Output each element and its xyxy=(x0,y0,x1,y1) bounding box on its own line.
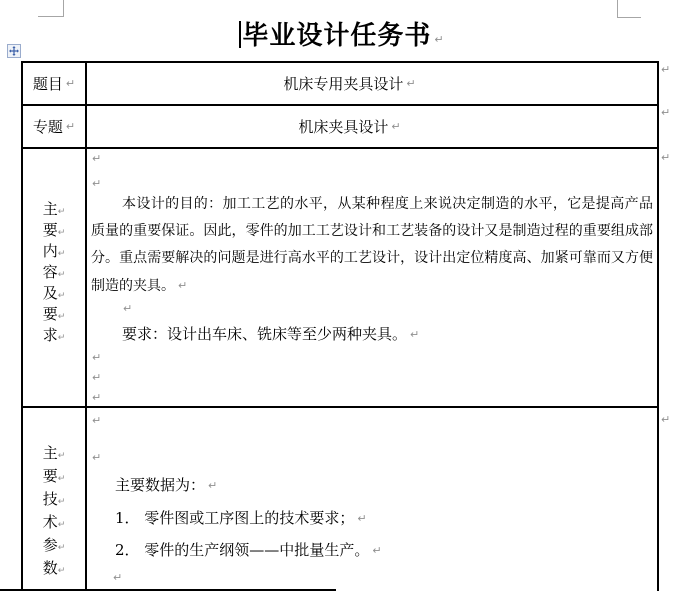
paragraph-mark: ↵ xyxy=(208,479,217,492)
row4-label-char: 数 xyxy=(43,559,58,577)
row4-label-cell[interactable]: 主↵ 要↵ 技↵ 术↵ 参↵ 数↵ xyxy=(23,408,87,590)
row3-label-char: 及 xyxy=(43,284,58,302)
table-row: 题目↵ 机床专用夹具设计↵ xyxy=(23,63,657,106)
row4-label-char: 术 xyxy=(43,513,58,531)
paragraph-mark: ↵ xyxy=(58,543,66,553)
row2-value-cell[interactable]: 机床夹具设计↵ xyxy=(87,106,657,147)
row1-label: 题目 xyxy=(33,73,63,94)
row2-label: 专题 xyxy=(33,116,63,137)
row3-label-char: 要 xyxy=(43,305,58,323)
paragraph-mark: ↵ xyxy=(66,120,75,133)
data-item-2[interactable]: 2． 零件的生产纲领——中批量生产。↵ xyxy=(115,539,382,560)
word-document-page: 毕业设计任务书↵ 题目↵ 机床专用夹具设计↵ xyxy=(0,0,673,591)
row1-value-cell[interactable]: 机床专用夹具设计↵ xyxy=(87,63,657,104)
paragraph-mark: ↵ xyxy=(92,371,101,384)
paragraph-mark: ↵ xyxy=(92,414,101,427)
table-row: 专题↵ 机床夹具设计↵ xyxy=(23,106,657,149)
paragraph-mark: ↵ xyxy=(58,312,66,322)
paragraph-mark: ↵ xyxy=(58,497,66,507)
data-intro-line[interactable]: 主要数据为：↵ xyxy=(115,474,217,495)
end-of-row-mark: ↵ xyxy=(661,63,670,76)
paragraph-mark: ↵ xyxy=(92,152,101,165)
paragraph-mark: ↵ xyxy=(92,177,101,190)
table-row: 主↵ 要↵ 内↵ 容↵ 及↵ 要↵ 求↵ ↵ ↵ 本设计的目的：加工工艺的水平，… xyxy=(23,149,657,408)
margin-crop-mark-left-vertical xyxy=(63,0,64,16)
row3-label-char: 要 xyxy=(43,221,58,239)
row1-label-cell[interactable]: 题目↵ xyxy=(23,63,87,104)
row3-label-char: 主 xyxy=(43,200,58,218)
paragraph-mark: ↵ xyxy=(123,302,132,315)
paragraph-mark: ↵ xyxy=(92,451,101,464)
paragraph-mark: ↵ xyxy=(92,391,101,404)
data-item-1[interactable]: 1． 零件图或工序图上的技术要求；↵ xyxy=(115,507,367,528)
paragraph-mark: ↵ xyxy=(66,77,75,90)
row3-label-char: 容 xyxy=(43,263,58,281)
row4-label-char: 要 xyxy=(43,467,58,485)
row4-label-char: 技 xyxy=(43,490,58,508)
paragraph-mark: ↵ xyxy=(58,249,66,259)
paragraph-mark: ↵ xyxy=(58,451,66,461)
paragraph-mark: ↵ xyxy=(372,544,381,557)
end-of-row-mark: ↵ xyxy=(661,106,670,119)
row3-label-cell[interactable]: 主↵ 要↵ 内↵ 容↵ 及↵ 要↵ 求↵ xyxy=(23,149,87,406)
paragraph-mark: ↵ xyxy=(406,77,415,90)
paragraph-mark: ↵ xyxy=(58,333,66,343)
end-of-row-mark: ↵ xyxy=(661,151,670,164)
table-row: 主↵ 要↵ 技↵ 术↵ 参↵ 数↵ ↵ ↵ 主要数据为：↵ 1． 零件图或工序图… xyxy=(23,408,657,590)
paragraph-mark: ↵ xyxy=(58,474,66,484)
row4-content-cell[interactable]: ↵ ↵ 主要数据为：↵ 1． 零件图或工序图上的技术要求；↵ 2． 零件的生产纲… xyxy=(87,408,657,590)
page-title: 毕业设计任务书 xyxy=(242,21,431,51)
table-move-handle[interactable] xyxy=(7,44,21,58)
move-arrows-icon xyxy=(9,46,19,56)
row4-label-char: 主 xyxy=(43,444,58,462)
paragraph-mark: ↵ xyxy=(92,351,101,364)
row3-label-char: 求 xyxy=(43,326,58,344)
paragraph-mark: ↵ xyxy=(113,571,122,584)
row2-label-cell[interactable]: 专题↵ xyxy=(23,106,87,147)
paragraph-mark: ↵ xyxy=(357,512,366,525)
end-of-row-mark: ↵ xyxy=(661,413,670,426)
paragraph-mark: ↵ xyxy=(178,279,187,292)
paragraph-mark: ↵ xyxy=(58,520,66,530)
row1-value: 机床专用夹具设计 xyxy=(283,73,403,94)
paragraph-mark: ↵ xyxy=(410,328,419,341)
paragraph-mark: ↵ xyxy=(58,228,66,238)
paragraph-mark: ↵ xyxy=(58,270,66,280)
paragraph-mark: ↵ xyxy=(58,207,66,217)
row4-label-char: 参 xyxy=(43,536,58,554)
paragraph-mark: ↵ xyxy=(434,33,443,46)
requirement-line[interactable]: 要求：设计出车床、铣床等至少两种夹具。↵ xyxy=(122,323,419,344)
paragraph-mark: ↵ xyxy=(391,120,400,133)
task-form-table: 题目↵ 机床专用夹具设计↵ 专题↵ 机床夹具设计↵ 主↵ 要↵ 内↵ 容↵ 及↵ xyxy=(21,61,659,591)
row2-value: 机床夹具设计 xyxy=(298,116,388,137)
row3-content-cell[interactable]: ↵ ↵ 本设计的目的：加工工艺的水平，从某种程度上来说决定制造的水平，它是提高产… xyxy=(87,149,657,406)
row3-label-char: 内 xyxy=(43,242,58,260)
paragraph-mark: ↵ xyxy=(58,291,66,301)
paragraph-mark: ↵ xyxy=(58,566,66,576)
main-content-paragraph[interactable]: 本设计的目的：加工工艺的水平，从某种程度上来说决定制造的水平，它是提高产品质量的… xyxy=(91,191,653,300)
document-title-line[interactable]: 毕业设计任务书↵ xyxy=(0,15,673,52)
